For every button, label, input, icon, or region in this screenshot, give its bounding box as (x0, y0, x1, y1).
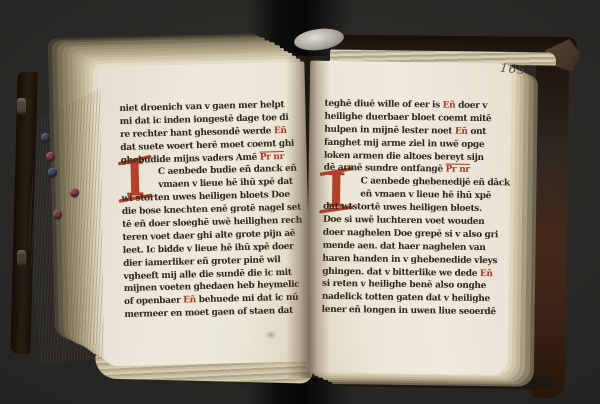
fore-edge-marker (70, 188, 79, 197)
fore-edge-marker (53, 210, 62, 219)
page-stain (265, 330, 277, 339)
right-cover (532, 52, 570, 398)
fore-edge-marker (48, 168, 57, 177)
text-line: lener eñ longen in uwen liue seoerdē (322, 304, 508, 319)
clasp-remnant (17, 98, 26, 114)
left-text-block: niet droenich van v gaen mer helptmi dat… (119, 99, 306, 323)
folio-number: 165 (499, 61, 526, 78)
fore-edge-marker (46, 152, 55, 161)
left-page: I niet droenich van v gaen mer helptmi d… (96, 62, 311, 367)
fore-edge-texture (28, 88, 104, 364)
right-page: I teghē diuē wille of eer is Eñ doer vhe… (306, 61, 512, 376)
fore-edge-marker (41, 133, 50, 142)
manuscript-photo: I niet droenich van v gaen mer helptmi d… (0, 0, 600, 404)
clasp-remnant (17, 250, 26, 266)
right-text-block: teghē diuē wille of eer is Eñ doer vheil… (322, 98, 511, 320)
gutter-shadow (286, 56, 330, 378)
